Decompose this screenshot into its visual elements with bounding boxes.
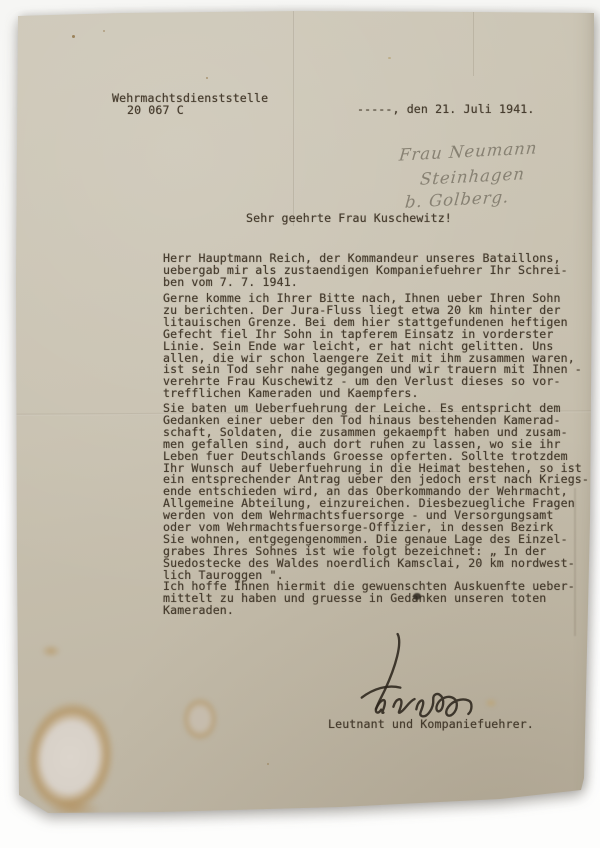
salutation: Sehr geehrte Frau Kuschewitz!: [246, 213, 452, 225]
date-line: -----, den 21. Juli 1941.: [357, 104, 535, 116]
water-stain-large: [7, 681, 133, 833]
signature-role-line: Leutnant und Kompaniefuehrer.: [328, 719, 534, 731]
paper-speck: [72, 35, 75, 38]
paper-speck: [206, 77, 208, 79]
stain-small: [38, 642, 64, 660]
photo-of-letter: Wehrmachtsdienststelle 20 067 C -----, d…: [0, 0, 600, 848]
sender-office-code: 20 067 C: [127, 105, 184, 117]
water-stain-medium: [178, 692, 222, 746]
paragraph-1: Herr Hauptmann Reich, der Kommandeur uns…: [163, 253, 568, 289]
paper-speck: [103, 30, 105, 32]
vertical-fold-crease: [293, 11, 295, 226]
paragraph-4: Ich hoffe Ihnen hiermit die gewuenschten…: [163, 581, 575, 617]
signature-handwriting-icon: [349, 623, 505, 731]
paper-shadow: Wehrmachtsdienststelle 20 067 C -----, d…: [0, 0, 600, 848]
vertical-crease-top: [473, 12, 474, 76]
pencil-annotation-line2: Steinhagen: [419, 164, 526, 189]
paper-speck: [388, 57, 391, 59]
pencil-annotation-line1: Frau Neumann: [398, 138, 538, 164]
paragraph-3: Sie baten um Ueberfuehrung der Leiche. E…: [163, 403, 589, 582]
pencil-annotation-line3: b. Golberg.: [404, 187, 510, 212]
water-stain-tail: [40, 796, 110, 822]
letter-paper: Wehrmachtsdienststelle 20 067 C -----, d…: [0, 0, 600, 848]
paper-speck: [267, 763, 269, 765]
paragraph-2: Gerne komme ich Ihrer Bitte nach, Ihnen …: [163, 293, 582, 400]
